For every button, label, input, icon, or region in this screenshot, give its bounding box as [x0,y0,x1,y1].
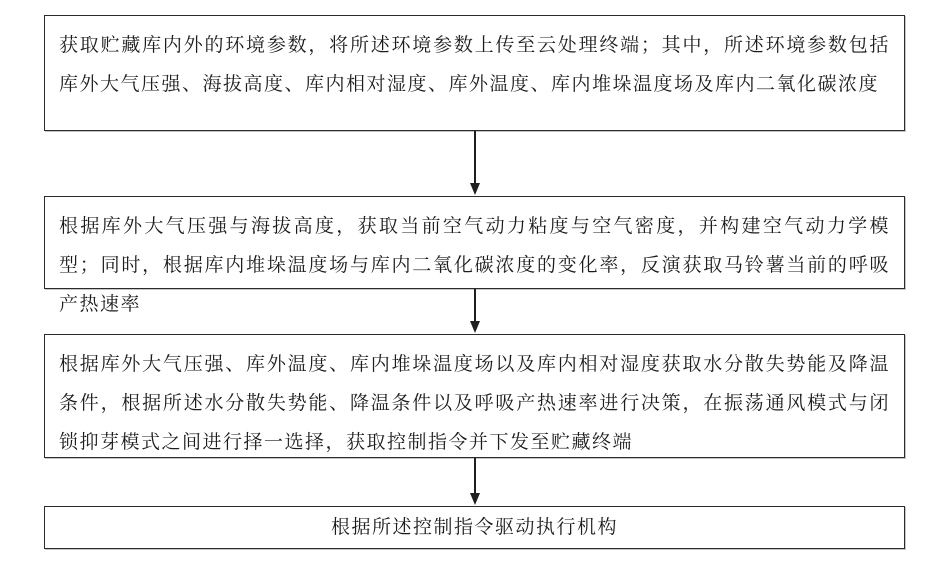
flow-connector-2 [469,289,481,333]
arrow-line [474,131,476,183]
flow-connector-3 [469,458,481,505]
flow-connector-1 [469,131,481,195]
arrow-line [474,458,476,493]
flow-step-1-text: 获取贮藏库内外的环境参数，将所述环境参数上传至云处理终端；其中，所述环境参数包括… [45,16,904,104]
flow-step-2: 根据库外大气压强与海拔高度，获取当前空气动力粘度与空气密度，并构建空气动力学模型… [44,196,905,289]
flow-step-4: 根据所述控制指令驱动执行机构 [44,506,905,549]
flow-step-3: 根据库外大气压强、库外温度、库内堆垛温度场以及库内相对湿度获取水分散失势能及降温… [44,334,905,458]
flow-step-1: 获取贮藏库内外的环境参数，将所述环境参数上传至云处理终端；其中，所述环境参数包括… [44,15,905,131]
flowchart-canvas: 获取贮藏库内外的环境参数，将所述环境参数上传至云处理终端；其中，所述环境参数包括… [0,0,934,582]
arrow-down-icon [470,493,480,505]
arrow-line [474,289,476,321]
flow-step-4-text: 根据所述控制指令驱动执行机构 [331,517,618,539]
flow-step-3-text: 根据库外大气压强、库外温度、库内堆垛温度场以及库内相对湿度获取水分散失势能及降温… [45,335,904,462]
arrow-down-icon [470,321,480,333]
arrow-down-icon [470,183,480,195]
